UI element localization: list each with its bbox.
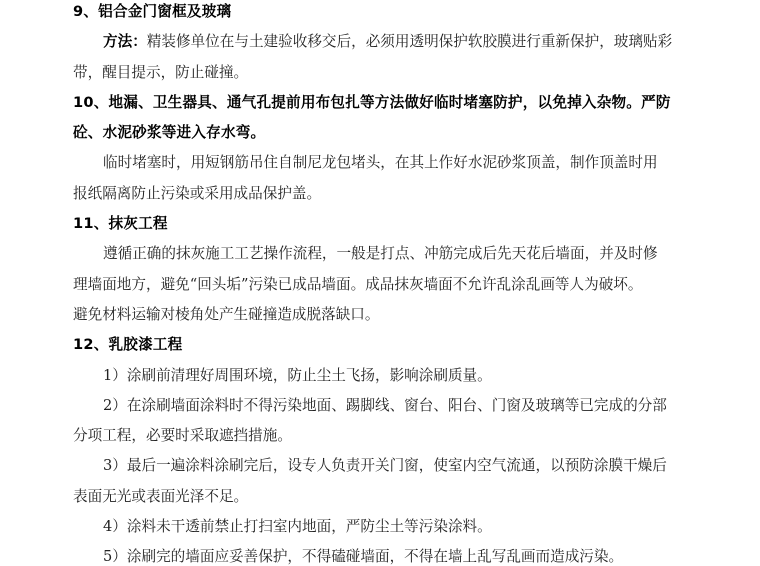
- list-item-cont: 表面无光或表面光泽不足。: [73, 482, 703, 512]
- list-item: 3）最后一遍涂料涂刷完后，设专人负责开关门窗，使室内空气流通，以预防涂膜干燥后: [73, 451, 703, 481]
- list-item: 4）涂料未干透前禁止打扫室内地面，严防尘土等污染涂料。: [73, 512, 703, 542]
- paragraph-line: 方法：精装修单位在与土建验收移交后，必须用透明保护软胶膜进行重新保护，玻璃贴彩: [73, 27, 703, 57]
- list-item: 1）涂刷前清理好周围环境，防止尘土飞扬，影响涂刷质量。: [73, 361, 703, 391]
- paragraph-line: 避免材料运输对棱角处产生碰撞造成脱落缺口。: [73, 300, 703, 330]
- section-heading-10-cont: 砼、水泥砂浆等进入存水弯。: [73, 118, 703, 148]
- section-heading-12: 12、乳胶漆工程: [73, 330, 703, 360]
- paragraph-line: 遵循正确的抹灰施工工艺操作流程，一般是打点、冲筋完成后先天花后墙面，并及时修: [73, 239, 703, 269]
- list-item: 2）在涂刷墙面涂料时不得污染地面、踢脚线、窗台、阳台、门窗及玻璃等已完成的分部: [73, 391, 703, 421]
- section-heading-9: 9、铝合金门窗框及玻璃: [73, 0, 703, 27]
- list-item-cont: 分项工程，必要时采取遮挡措施。: [73, 421, 703, 451]
- method-label: 方法：: [103, 33, 147, 50]
- paragraph-line: 理墙面地方，避免“回头垢”污染已成品墙面。成品抹灰墙面不允许乱涂乱画等人为破坏。: [73, 270, 703, 300]
- paragraph-line: 带，醒目提示，防止碰撞。: [73, 58, 703, 88]
- section-heading-10: 10、地漏、卫生器具、通气孔提前用布包扎等方法做好临时堵塞防护，以免掉入杂物。严…: [73, 88, 703, 118]
- document-page: 9、铝合金门窗框及玻璃 方法：精装修单位在与土建验收移交后，必须用透明保护软胶膜…: [73, 0, 703, 566]
- paragraph-line: 临时堵塞时，用短钢筋吊住自制尼龙包堵头，在其上作好水泥砂浆顶盖，制作顶盖时用: [73, 148, 703, 178]
- list-item: 5）涂刷完的墙面应妥善保护，不得磕碰墙面，不得在墙上乱写乱画而造成污染。: [73, 542, 703, 566]
- paragraph-line: 报纸隔离防止污染或采用成品保护盖。: [73, 179, 703, 209]
- section-heading-11: 11、抹灰工程: [73, 209, 703, 239]
